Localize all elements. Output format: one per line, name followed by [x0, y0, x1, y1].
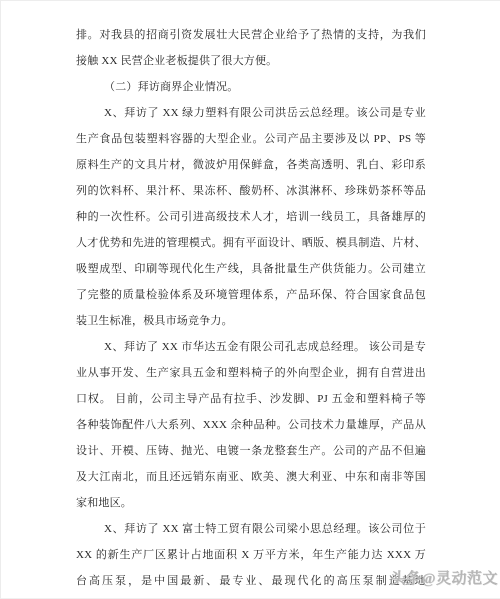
text-line: 生产食品包装塑料容器的大型企业。公司产品主要涉及以 PP、PS 等	[76, 126, 426, 152]
text-line: 种的一次性杯。公司引进高级技术人才，培训一线员工，具备雄厚的	[76, 204, 426, 230]
text-line: 设计、开模、压铸、抛光、电镀一条龙整套生产。公司的产品不但遍	[76, 438, 426, 464]
text-line: 家和地区。	[76, 490, 426, 516]
text-line: 人才优势和先进的管理模式。拥有平面设计、晒版、模具制造、片材、	[76, 230, 426, 256]
text-line: 排。对我县的招商引资发展壮大民营企业给予了热情的支持，为我们	[76, 22, 426, 48]
text-line: 业从事开发、生产家具五金和塑料椅子的外向型企业，拥有自营进出	[76, 360, 426, 386]
text-line: X、拜访了 XX 绿力塑料有限公司洪岳云总经理。该公司是专业	[76, 100, 426, 126]
paragraph: （二）拜访商界企业情况。	[76, 74, 426, 100]
watermark-text: 头条@灵动范文	[391, 571, 498, 587]
text-line: 及大江南北，而且还远销东南亚、欧美、澳大利亚、中东和南非等国	[76, 464, 426, 490]
text-line: 了完整的质量检验体系及环境管理体系，产品环保、符合国家食品包	[76, 282, 426, 308]
text-line: （二）拜访商界企业情况。	[76, 74, 426, 100]
text-line: 吸塑成型、印刷等现代化生产线，具备批量生产供货能力。公司建立	[76, 256, 426, 282]
document-body: 排。对我县的招商引资发展壮大民营企业给予了热情的支持，为我们接触 XX 民营企业…	[76, 22, 426, 594]
watermark: 头条@灵动范文	[391, 567, 498, 588]
text-line: 台高压泵，是中国最新、最专业、最现代化的高压泵制造基地	[76, 568, 426, 594]
paragraph: X、拜访了 XX 市华达五金有限公司孔志成总经理。 该公司是专业从事开发、生产家…	[76, 334, 426, 516]
document-page: 排。对我县的招商引资发展壮大民营企业给予了热情的支持，为我们接触 XX 民营企业…	[0, 0, 500, 599]
text-line: X、拜访了 XX 市华达五金有限公司孔志成总经理。 该公司是专	[76, 334, 426, 360]
text-line: 列的饮料杯、果汁杯、果冻杯、酸奶杯、冰淇淋杯、珍珠奶茶杯等品	[76, 178, 426, 204]
paragraph: X、拜访了 XX 富士特工贸有限公司梁小思总经理。该公司位于XX 的新生产厂区累…	[76, 516, 426, 594]
text-line: 口权。 目前，公司主导产品有拉手、沙发脚、PJ 五金和塑料椅子等	[76, 386, 426, 412]
paragraph: X、拜访了 XX 绿力塑料有限公司洪岳云总经理。该公司是专业生产食品包装塑料容器…	[76, 100, 426, 334]
text-line: XX 的新生产厂区累计占地面积 X 万平方米，年生产能力达 XXX 万	[76, 542, 426, 568]
paragraph: 排。对我县的招商引资发展壮大民营企业给予了热情的支持，为我们接触 XX 民营企业…	[76, 22, 426, 74]
text-line: X、拜访了 XX 富士特工贸有限公司梁小思总经理。该公司位于	[76, 516, 426, 542]
text-line: 各种装饰配件八大系列、XXX 余种品种。公司技术力量雄厚，产品从	[76, 412, 426, 438]
text-line: 装卫生标准，极具市场竞争力。	[76, 308, 426, 334]
text-line: 接触 XX 民营企业老板提供了很大方便。	[76, 48, 426, 74]
text-line: 原料生产的文具片材，微波炉用保鲜盒，各类高透明、乳白、彩印系	[76, 152, 426, 178]
